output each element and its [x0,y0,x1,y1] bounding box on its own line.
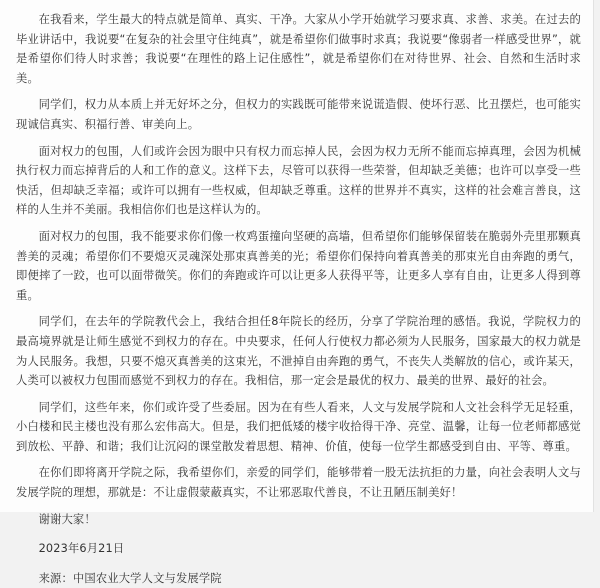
article-page: 在我看来，学生最大的特点就是简单、真实、干净。大家从小学开始就学习要求真、求善、… [0,0,594,512]
paragraph-6: 同学们，这些年来，你们或许受了些委屈。因为在有些人看来，人文与发展学院和人文社会… [16,398,581,457]
paragraph-1: 在我看来，学生最大的特点就是简单、真实、干净。大家从小学开始就学习要求真、求善、… [16,10,581,88]
paragraph-4: 面对权力的包围，我不能要求你们像一枚鸡蛋撞向坚硬的高墙，但希望你们能够保留装在脆… [16,227,581,305]
paragraph-3: 面对权力的包围，人们或许会因为眼中只有权力而忘掉人民，会因为权力无所不能而忘掉真… [16,142,581,220]
paragraph-5: 同学们，在去年的学院教代会上，我结合担任8年院长的经历，分享了学院治理的感悟。我… [16,312,581,390]
paragraph-2: 同学们，权力从本质上并无好坏之分，但权力的实践既可能带来说谎造假、使坏行恶、比丑… [16,95,581,134]
closing-thanks: 谢谢大家！ [16,510,581,521]
paragraph-7: 在你们即将离开学院之际，我希望你们，亲爱的同学们，能够带着一股无法抗拒的力量，向… [16,463,581,502]
